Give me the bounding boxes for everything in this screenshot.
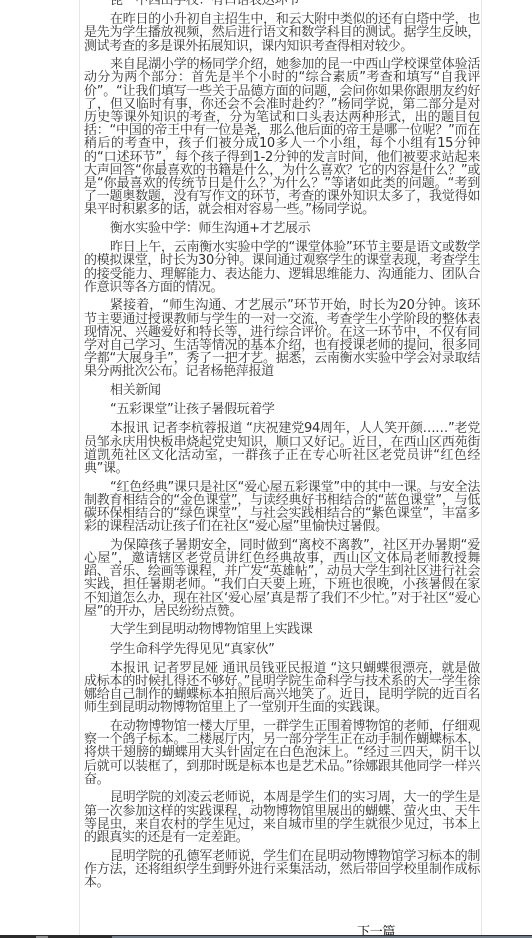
page: 昆一中西山学校：有口语表达环节 在昨日的小升初自主招生中，和云大附中类似的还有白… bbox=[0, 0, 532, 938]
paragraph: 昆明学院的孔德军老师说，学生们在昆明动物博物馆学习标本的制作方法，还将组织学生到… bbox=[84, 850, 480, 890]
related-article-subtitle: 学生命科学先得见见“真家伙” bbox=[84, 643, 480, 656]
paragraph: 本报讯 记者罗昆娅 通讯员钱亚民报道 “这只蝴蝶很漂亮，就是做成标本的时候扎得还… bbox=[84, 662, 480, 715]
related-article-title: “五彩课堂”让孩子暑假玩着学 bbox=[84, 403, 480, 416]
related-news-heading: 相关新闻 bbox=[84, 384, 480, 397]
paragraph: 本报讯 记者李杭蓉报道 “庆祝建党94周年，人人笑开颜……”老党员邹永庆用快板串… bbox=[84, 422, 480, 475]
paragraph: 昆明学院的刘凌云老师说，本周是学生们的实习周，大一的学生是第一次参加这样的实践课… bbox=[84, 791, 480, 844]
paragraph: 紧接着，“师生沟通、才艺展示”环节开始，时长为20分钟。该环节主要通过授课教师与… bbox=[84, 299, 480, 378]
paragraph: 来自昆湖小学的杨同学介绍，她参加的昆一中西山学校课堂体验活动分为两个部分：首先是… bbox=[84, 58, 480, 216]
section-heading: 衡水实验中学：师生沟通+才艺展示 bbox=[84, 222, 480, 235]
section-heading: 昆一中西山学校：有口语表达环节 bbox=[84, 0, 480, 7]
paragraph: 为保障孩子暑期安全，同时做到“离校不离教”，社区开办暑期“爱心屋”，邀请辖区老党… bbox=[84, 539, 480, 618]
paragraph: 在昨日的小升初自主招生中，和云大附中类似的还有白塔中学，也是先为学生播放视频，然… bbox=[84, 13, 480, 53]
paragraph: 在动物博物馆一楼大厅里，一群学生正围着博物馆的老师，仔细观察一个鸽子标本。二楼展… bbox=[84, 720, 480, 786]
paragraph: 昨日上午，云南衡水实验中学的“课堂体验”环节主要是语文或数学的模拟课堂，时长为3… bbox=[84, 241, 480, 294]
related-article-title: 大学生到昆明动物博物馆里上实践课 bbox=[84, 623, 480, 636]
article-body: 昆一中西山学校：有口语表达环节 在昨日的小升初自主招生中，和云大附中类似的还有白… bbox=[84, 0, 480, 895]
paragraph: “红色经典”课只是社区“爱心屋五彩课堂”中的其中一课。与安全法制教育相结合的“金… bbox=[84, 481, 480, 534]
